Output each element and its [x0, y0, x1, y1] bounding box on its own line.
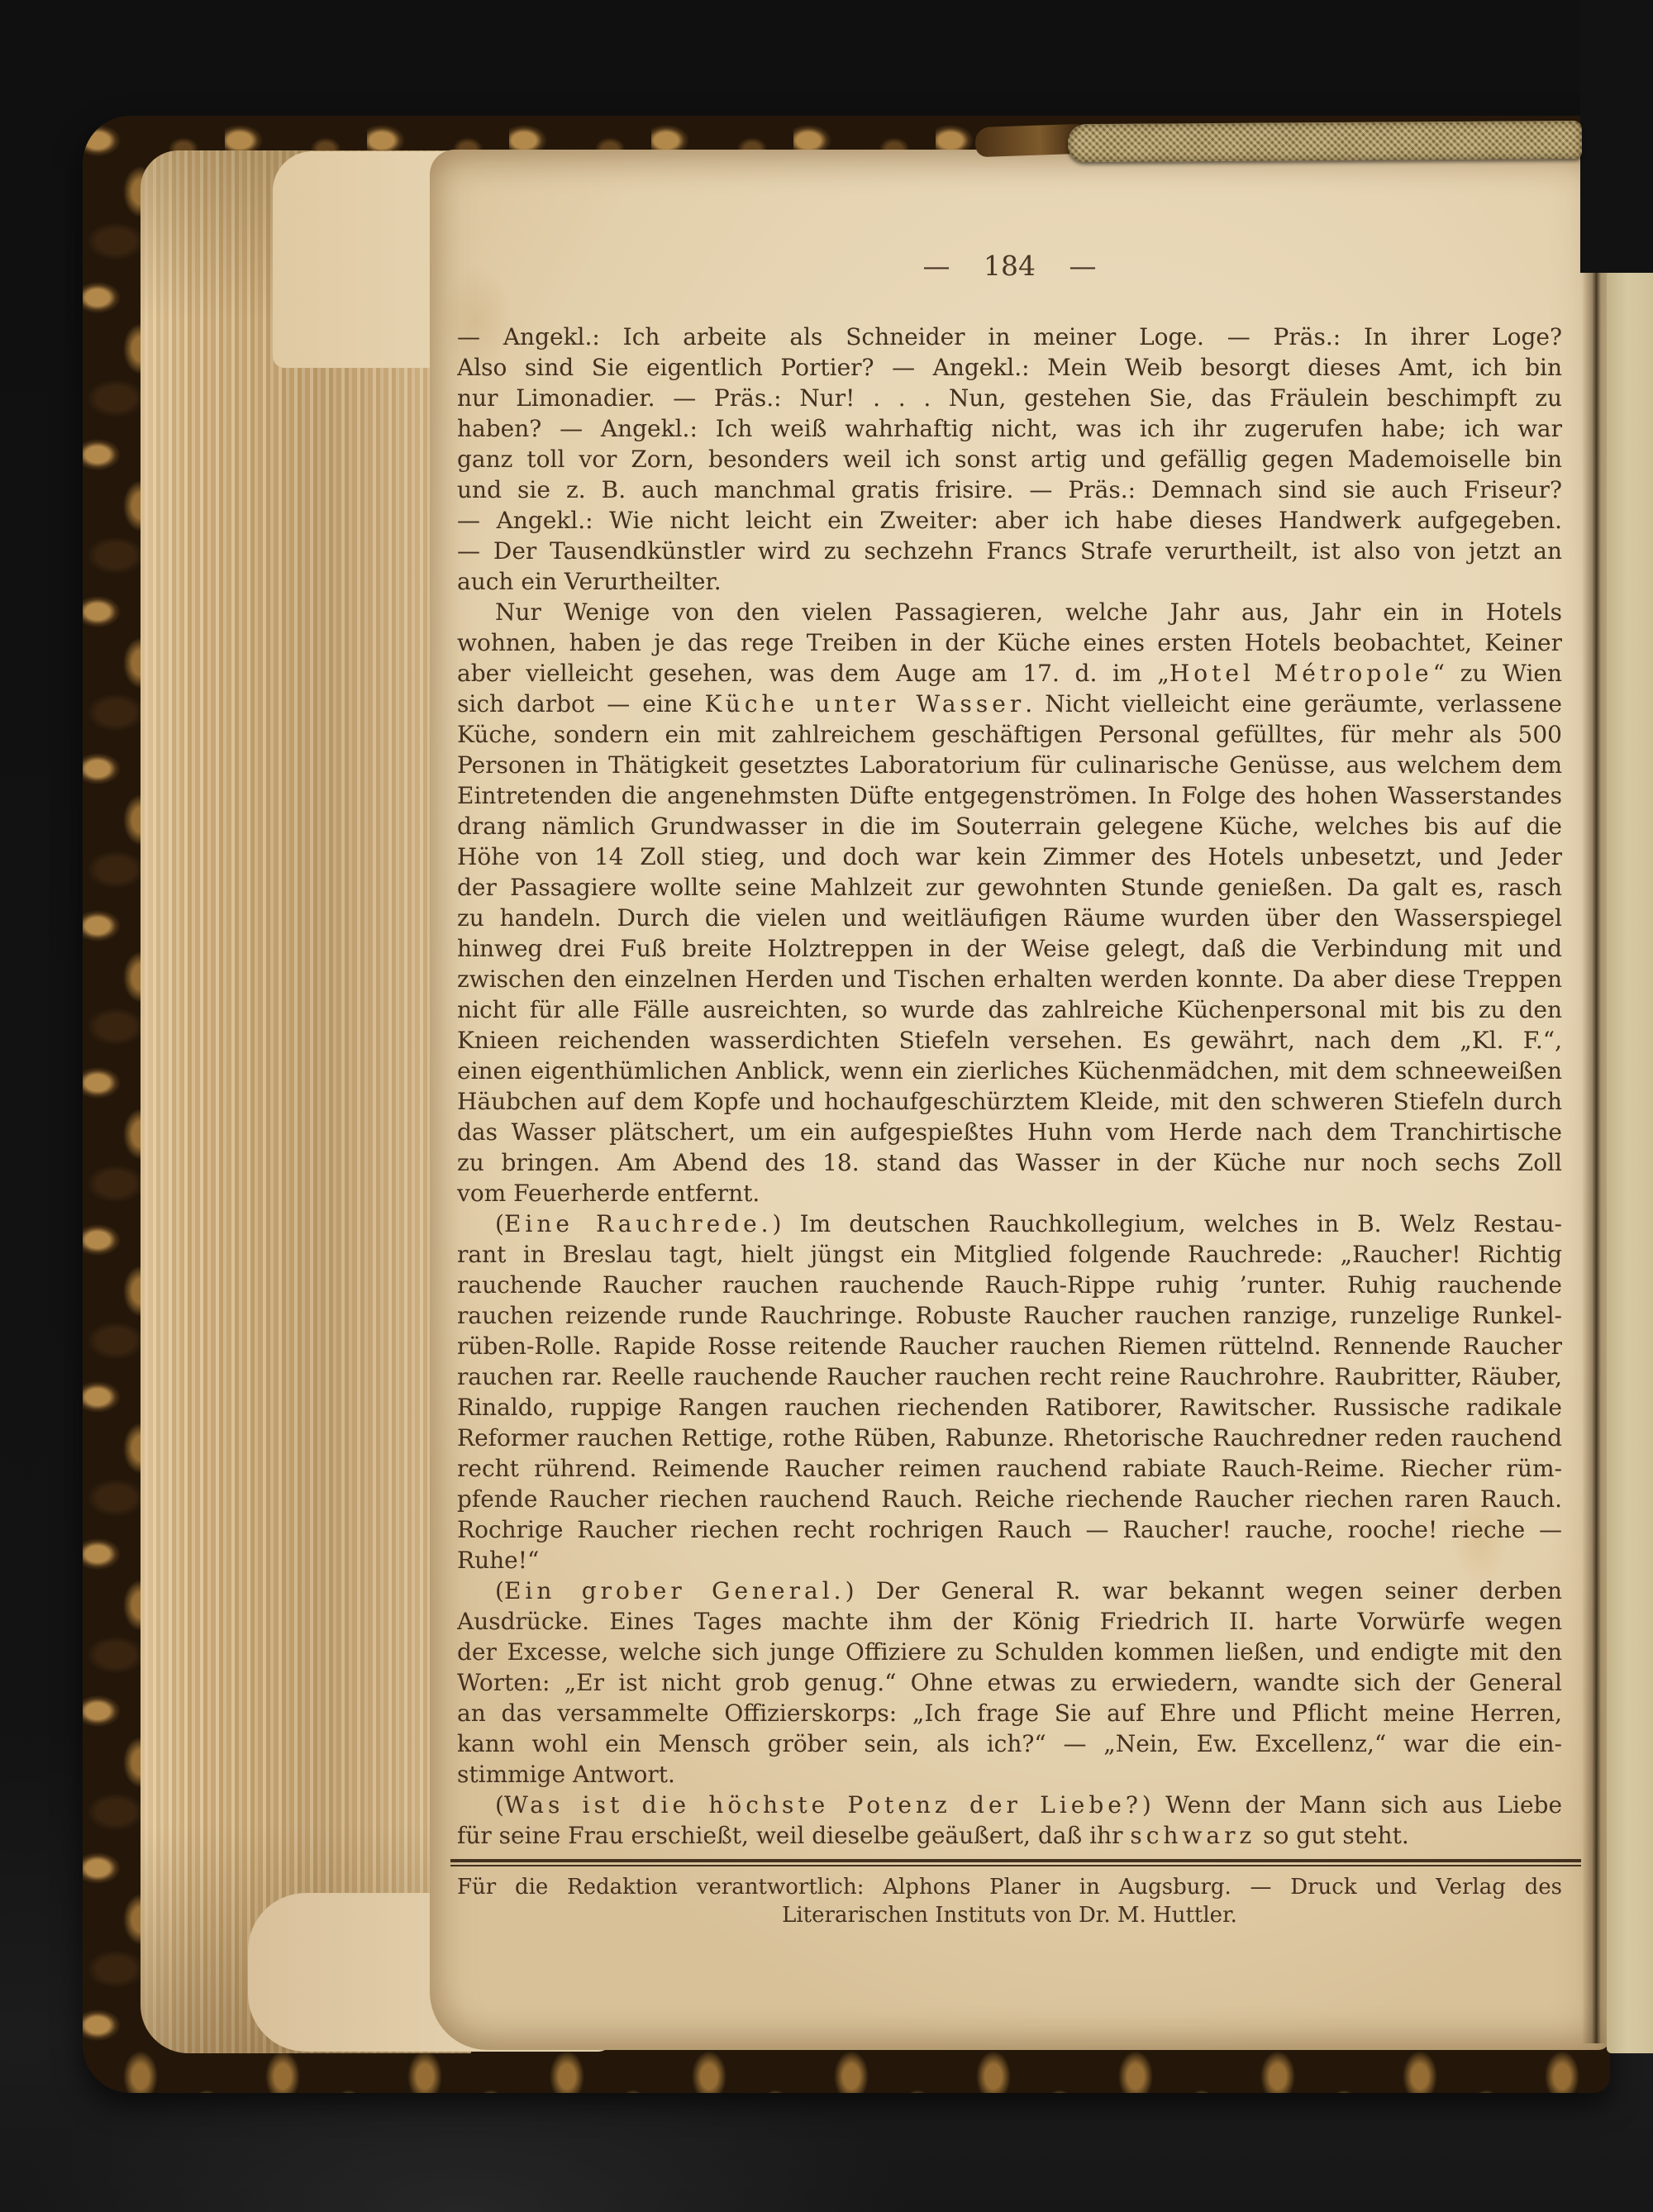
text-line: (Eine Rauchrede.) Im deutschen Rauchkoll…: [457, 1208, 1562, 1239]
text-line: rauchen rar. Reelle rauchende Raucher ra…: [457, 1361, 1562, 1392]
facing-page-edge: [1607, 266, 1653, 2053]
text-line: Ausdrücke. Eines Tages machte ihm der Kö…: [457, 1606, 1562, 1637]
text-line: — Der Tausendkünstler wird zu sechzehn F…: [457, 536, 1562, 566]
text-line: Höhe von 14 Zoll stieg, und doch war kei…: [457, 841, 1562, 872]
text-line: auch ein Verurtheilter.: [457, 566, 1562, 597]
text-line: Rinaldo, ruppige Rangen rauchen riechend…: [457, 1392, 1562, 1423]
text-line: Personen in Thätigkeit gesetztes Laborat…: [457, 750, 1562, 780]
text-line: aber vielleicht gesehen, was dem Auge am…: [457, 658, 1562, 689]
text-line: nur Limonadier. — Präs.: Nur! . . . Nun,…: [457, 383, 1562, 413]
text-line: der Passagiere wollte seine Mahlzeit zur…: [457, 872, 1562, 903]
text-line: zu bringen. Am Abend des 18. stand das W…: [457, 1147, 1562, 1178]
scanned-book-photo: — 184 — — Angekl.: Ich arbeite als Schne…: [0, 0, 1653, 2212]
text-line: sich darbot — eine Küche unter Wasser. N…: [457, 689, 1562, 719]
text-line: drang nämlich Grundwasser in die im Sout…: [457, 811, 1562, 841]
text-line: an das versammelte Offizierskorps: „Ich …: [457, 1698, 1562, 1728]
text-line: Nur Wenige von den vielen Passagieren, w…: [457, 597, 1562, 627]
text-line: zu handeln. Durch die vielen und weitläu…: [457, 903, 1562, 933]
text-line: und sie z. B. auch manchmal gratis frisi…: [457, 474, 1562, 505]
paragraph: (Eine Rauchrede.) Im deutschen Rauchkoll…: [457, 1208, 1562, 1576]
binding-cloth-fray: [1068, 121, 1582, 162]
text-line: nicht für alle Fälle ausreichten, so wur…: [457, 994, 1562, 1025]
gutter-crease: [1582, 269, 1608, 2043]
text-line: Also sind Sie eigentlich Portier? — Ange…: [457, 352, 1562, 383]
page-block-fore-edge: [141, 150, 471, 2053]
text-line: hinweg drei Fuß breite Holztreppen in de…: [457, 933, 1562, 964]
text-line: pfende Raucher riechen rauchend Rauch. R…: [457, 1484, 1562, 1514]
paragraph: (Ein grober General.) Der General R. war…: [457, 1576, 1562, 1790]
text-column: — Angekl.: Ich arbeite als Schneider in …: [457, 322, 1562, 1851]
footer-rule: [450, 1859, 1581, 1869]
text-line: Eintretenden die angenehmsten Düfte entg…: [457, 780, 1562, 811]
text-line: Ruhe!“: [457, 1545, 1562, 1576]
text-line: Rochrige Raucher riechen recht rochrigen…: [457, 1514, 1562, 1545]
footer-line-2: Literarischen Instituts von Dr. M. Huttl…: [457, 1901, 1562, 1929]
text-line: recht rührend. Reimende Raucher reimen r…: [457, 1453, 1562, 1484]
text-line: Reformer rauchen Rettige, rothe Rüben, R…: [457, 1423, 1562, 1453]
text-line: stimmige Antwort.: [457, 1759, 1562, 1790]
text-line: (Was ist die höchste Potenz der Liebe?) …: [457, 1790, 1562, 1820]
text-line: haben? — Angekl.: Ich weiß wahrhaftig ni…: [457, 413, 1562, 444]
text-line: ganz toll vor Zorn, besonders weil ich s…: [457, 444, 1562, 474]
text-line: das Wasser plätschert, um ein aufgespieß…: [457, 1117, 1562, 1147]
text-line: der Excesse, welche sich junge Offiziere…: [457, 1637, 1562, 1667]
text-line: wohnen, haben je das rege Treiben in der…: [457, 627, 1562, 658]
text-line: kann wohl ein Mensch gröber sein, als ic…: [457, 1728, 1562, 1759]
text-line: — Angekl.: Wie nicht leicht ein Zweiter:…: [457, 505, 1562, 536]
text-line: — Angekl.: Ich arbeite als Schneider in …: [457, 322, 1562, 352]
text-line: vom Feuerherde entfernt.: [457, 1178, 1562, 1208]
binding-fray-fragment: [974, 124, 1083, 158]
text-line: rauchen reizende runde Rauchringe. Robus…: [457, 1300, 1562, 1331]
text-line: einen eigenthümlichen Anblick, wenn ein …: [457, 1056, 1562, 1086]
text-line: (Ein grober General.) Der General R. war…: [457, 1576, 1562, 1606]
page-number: — 184 —: [457, 250, 1562, 282]
text-line: Küche, sondern ein mit zahlreichem gesch…: [457, 719, 1562, 750]
footer-imprint: Für die Redaktion verantwortlich: Alphon…: [457, 1873, 1562, 1929]
paragraph: (Was ist die höchste Potenz der Liebe?) …: [457, 1790, 1562, 1851]
footer-line-1: Für die Redaktion verantwortlich: Alphon…: [457, 1873, 1562, 1901]
text-line: Häubchen auf dem Kopfe und hochaufgeschü…: [457, 1086, 1562, 1117]
paragraph: Nur Wenige von den vielen Passagieren, w…: [457, 597, 1562, 1208]
text-line: rüben-Rolle. Rapide Rosse reitende Rauch…: [457, 1331, 1562, 1361]
background-top-right: [1580, 0, 1653, 273]
text-line: Worten: „Er ist nicht grob genug.“ Ohne …: [457, 1667, 1562, 1698]
text-line: zwischen den einzelnen Herden und Tische…: [457, 964, 1562, 994]
paragraph: — Angekl.: Ich arbeite als Schneider in …: [457, 322, 1562, 597]
text-line: rauchende Raucher rauchen rauchende Rauc…: [457, 1270, 1562, 1300]
text-line: Knieen reichenden wasserdichten Stiefeln…: [457, 1025, 1562, 1056]
text-line: rant in Breslau tagt, hielt jüngst ein M…: [457, 1239, 1562, 1270]
text-line: für seine Frau erschießt, weil dieselbe …: [457, 1820, 1562, 1851]
